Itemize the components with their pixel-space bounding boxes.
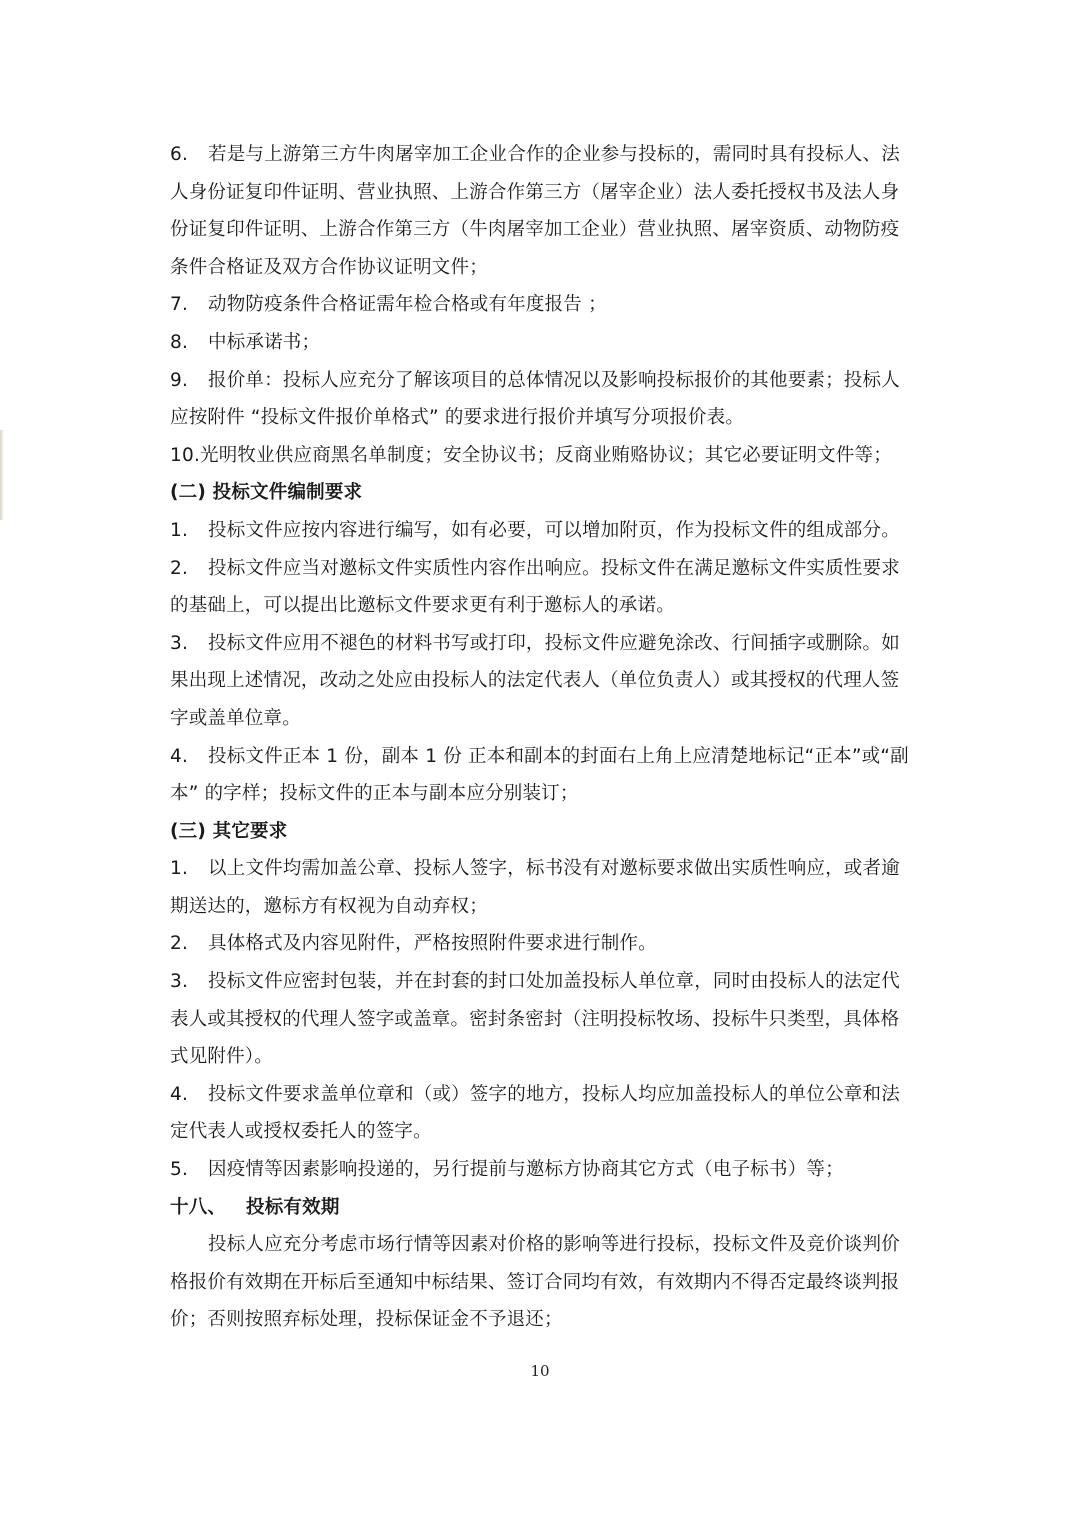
- item-number: 6.: [170, 136, 208, 174]
- paragraph-text: 价；否则按照弃标处理，投标保证金不予退还；: [170, 1301, 930, 1339]
- item-text: 投标文件应密封包装，并在封套的封口处加盖投标人单位章，同时由投标人的法定代: [208, 971, 900, 992]
- list-item-9: 9.报价单：投标人应充分了解该项目的总体情况以及影响投标报价的其他要素；投标人 …: [170, 362, 930, 437]
- list-item-8: 8.中标承诺书；: [170, 324, 930, 362]
- item-number: 5.: [170, 1151, 208, 1189]
- item-text: 因疫情等因素影响投递的，另行提前与邀标方协商其它方式（电子标书）等；: [208, 1159, 844, 1180]
- item-number: 10.: [170, 437, 200, 475]
- item-number: 4.: [170, 738, 208, 776]
- item-number: 1.: [170, 850, 208, 888]
- item-number: 9.: [170, 362, 208, 400]
- paragraph-text: 格报价有效期在开标后至通知中标结果、签订合同均有效，有效期内不得否定最终谈判报: [170, 1264, 930, 1302]
- item-number: 2.: [170, 925, 208, 963]
- list-item: 1.投标文件应按内容进行编写，如有必要，可以增加附页，作为投标文件的组成部分。: [170, 512, 930, 550]
- item-text: 报价单：投标人应充分了解该项目的总体情况以及影响投标报价的其他要素；投标人: [208, 370, 900, 391]
- item-text: 期送达的，邀标方有权视为自动弃权；: [170, 888, 930, 926]
- item-text: 式见附件）。: [170, 1038, 930, 1076]
- list-item-6: 6.若是与上游第三方牛肉屠宰加工企业合作的企业参与投标的，需同时具有投标人、法 …: [170, 136, 930, 286]
- list-item: 3.投标文件应密封包装，并在封套的封口处加盖投标人单位章，同时由投标人的法定代 …: [170, 963, 930, 1076]
- validity-paragraph: 投标人应充分考虑市场行情等因素对价格的影响等进行投标，投标文件及竞价谈判价 格报…: [170, 1226, 930, 1339]
- item-number: 2.: [170, 550, 208, 588]
- section-heading-3: (三) 其它要求: [170, 813, 930, 851]
- item-number: 1.: [170, 512, 208, 550]
- item-text: 具体格式及内容见附件，严格按照附件要求进行制作。: [208, 933, 657, 954]
- scan-edge-shadow: [0, 430, 4, 520]
- item-text: 投标文件应用不褪色的材料书写或打印，投标文件应避免涂改、行间插字或删除。如: [208, 633, 900, 654]
- item-number: 3.: [170, 625, 208, 663]
- item-text: 本” 的字样；投标文件的正本与副本应分别装订；: [170, 775, 930, 813]
- list-item-10: 10.光明牧业供应商黑名单制度；安全协议书；反商业贿赂协议；其它必要证明文件等；: [170, 437, 930, 475]
- list-item: 2.具体格式及内容见附件，严格按照附件要求进行制作。: [170, 925, 930, 963]
- section-heading-2: (二) 投标文件编制要求: [170, 474, 930, 512]
- item-text: 表人或其授权的代理人签字或盖章。密封条密封（注明投标牧场、投标牛只类型，具体格: [170, 1001, 930, 1039]
- item-text: 定代表人或授权委托人的签字。: [170, 1113, 930, 1151]
- item-text: 应按附件 “投标文件报价单格式” 的要求进行报价并填写分项报价表。: [170, 399, 930, 437]
- item-text: 若是与上游第三方牛肉屠宰加工企业合作的企业参与投标的，需同时具有投标人、法: [208, 144, 900, 165]
- list-item: 4.投标文件要求盖单位章和（或）签字的地方，投标人均应加盖投标人的单位公章和法 …: [170, 1076, 930, 1151]
- section-heading-18: 十八、 投标有效期: [170, 1189, 930, 1227]
- list-item: 2.投标文件应当对邀标文件实质性内容作出响应。投标文件在满足邀标文件实质性要求 …: [170, 550, 930, 625]
- item-text: 的基础上，可以提出比邀标文件要求更有利于邀标人的承诺。: [170, 587, 930, 625]
- item-text: 光明牧业供应商黑名单制度；安全协议书；反商业贿赂协议；其它必要证明文件等；: [200, 445, 892, 466]
- item-text: 投标文件应按内容进行编写，如有必要，可以增加附页，作为投标文件的组成部分。: [208, 520, 900, 541]
- item-text: 动物防疫条件合格证需年检合格或有年度报告 ；: [208, 294, 607, 315]
- item-text: 投标文件应当对邀标文件实质性内容作出响应。投标文件在满足邀标文件实质性要求: [208, 558, 900, 579]
- item-text: 中标承诺书；: [208, 332, 320, 353]
- item-number: 3.: [170, 963, 208, 1001]
- item-text: 条件合格证及双方合作协议证明文件；: [170, 249, 930, 287]
- list-item-7: 7.动物防疫条件合格证需年检合格或有年度报告 ；: [170, 286, 930, 324]
- item-text: 份证复印件证明、上游合作第三方（牛肉屠宰加工企业）营业执照、屠宰资质、动物防疫: [170, 211, 930, 249]
- paragraph-text: 投标人应充分考虑市场行情等因素对价格的影响等进行投标，投标文件及竞价谈判价: [170, 1226, 930, 1264]
- heading-text: 十八、 投标有效期: [170, 1197, 340, 1218]
- item-number: 7.: [170, 286, 208, 324]
- item-text: 人身份证复印件证明、营业执照、上游合作第三方（屠宰企业）法人委托授权书及法人身: [170, 174, 930, 212]
- item-number: 4.: [170, 1076, 208, 1114]
- item-text: 投标文件要求盖单位章和（或）签字的地方，投标人均应加盖投标人的单位公章和法: [208, 1084, 900, 1105]
- list-item: 3.投标文件应用不褪色的材料书写或打印，投标文件应避免涂改、行间插字或删除。如 …: [170, 625, 930, 738]
- document-page: 6.若是与上游第三方牛肉屠宰加工企业合作的企业参与投标的，需同时具有投标人、法 …: [170, 136, 930, 1339]
- list-item: 5.因疫情等因素影响投递的，另行提前与邀标方协商其它方式（电子标书）等；: [170, 1151, 930, 1189]
- list-item: 4.投标文件正本 1 份，副本 1 份 正本和副本的封面右上角上应清楚地标记“正…: [170, 738, 930, 813]
- page-number: 10: [0, 1362, 1080, 1380]
- list-item: 1.以上文件均需加盖公章、投标人签字，标书没有对邀标要求做出实质性响应，或者逾 …: [170, 850, 930, 925]
- item-text: 果出现上述情况，改动之处应由投标人的法定代表人（单位负责人）或其授权的代理人签: [170, 662, 930, 700]
- item-text: 以上文件均需加盖公章、投标人签字，标书没有对邀标要求做出实质性响应，或者逾: [208, 858, 900, 879]
- item-text: 字或盖单位章。: [170, 700, 930, 738]
- item-number: 8.: [170, 324, 208, 362]
- item-text: 投标文件正本 1 份，副本 1 份 正本和副本的封面右上角上应清楚地标记“正本”…: [208, 746, 909, 767]
